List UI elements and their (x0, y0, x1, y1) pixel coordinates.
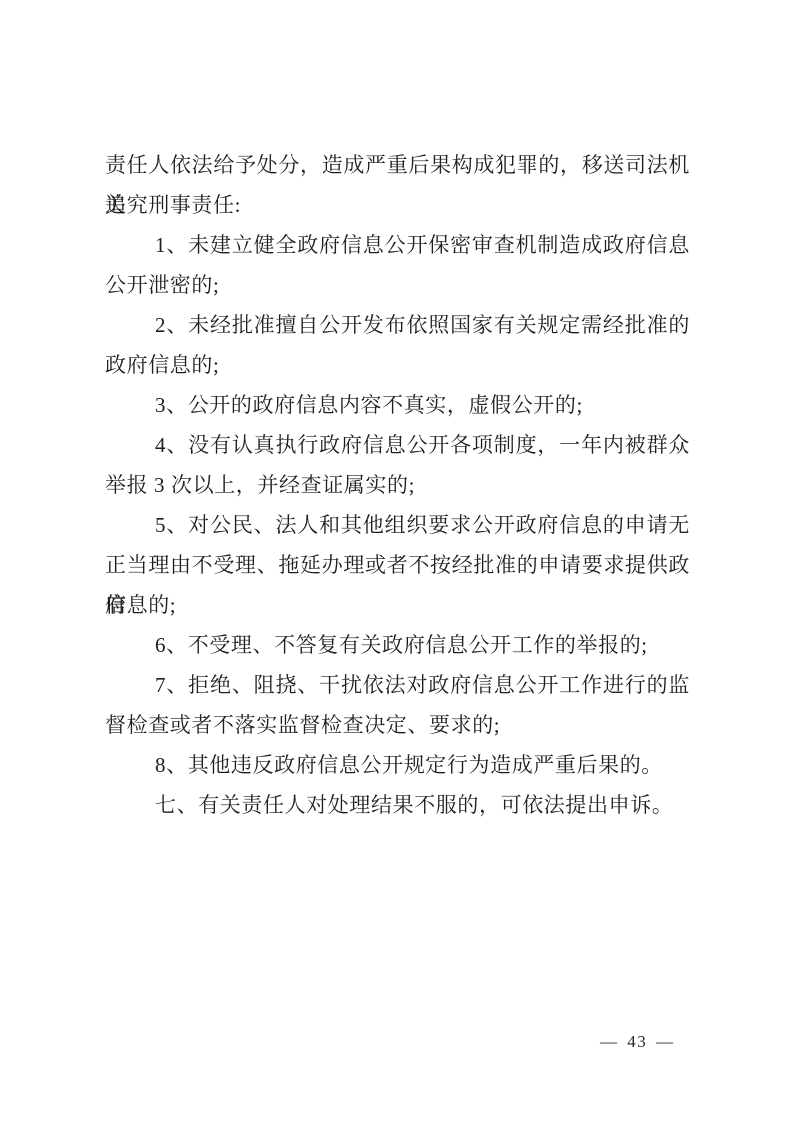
paragraph: 七、有关责任人对处理结果不服的，可依法提出申诉。 (105, 785, 690, 825)
text-line: 1、未建立健全政府信息公开保密审查机制造成政府信息 (105, 225, 690, 265)
page-number: — 43 — (600, 1031, 675, 1053)
text-line: 追究刑事责任: (105, 185, 690, 225)
paragraph: 8、其他违反政府信息公开规定行为造成严重后果的。 (105, 745, 690, 785)
paragraph: 3、公开的政府信息内容不真实，虚假公开的; (105, 385, 690, 425)
text-line: 6、不受理、不答复有关政府信息公开工作的举报的; (105, 625, 690, 665)
paragraph: 6、不受理、不答复有关政府信息公开工作的举报的; (105, 625, 690, 665)
paragraph: 7、拒绝、阻挠、干扰依法对政府信息公开工作进行的监督检查或者不落实监督检查决定、… (105, 665, 690, 745)
document-body: 责任人依法给予处分，造成严重后果构成犯罪的，移送司法机关追究刑事责任:1、未建立… (105, 145, 690, 825)
text-line: 5、对公民、法人和其他组织要求公开政府信息的申请无 (105, 505, 690, 545)
text-line: 3、公开的政府信息内容不真实，虚假公开的; (105, 385, 690, 425)
document-page: 责任人依法给予处分，造成严重后果构成犯罪的，移送司法机关追究刑事责任:1、未建立… (0, 0, 794, 1123)
text-line: 2、未经批准擅自公开发布依照国家有关规定需经批准的 (105, 305, 690, 345)
text-line: 公开泄密的; (105, 265, 690, 305)
text-line: 七、有关责任人对处理结果不服的，可依法提出申诉。 (105, 785, 690, 825)
text-line: 政府信息的; (105, 345, 690, 385)
text-line: 督检查或者不落实监督检查决定、要求的; (105, 705, 690, 745)
text-line: 7、拒绝、阻挠、干扰依法对政府信息公开工作进行的监 (105, 665, 690, 705)
paragraph: 1、未建立健全政府信息公开保密审查机制造成政府信息公开泄密的; (105, 225, 690, 305)
text-line: 举报 3 次以上，并经查证属实的; (105, 465, 690, 505)
text-line: 责任人依法给予处分，造成严重后果构成犯罪的，移送司法机关 (105, 145, 690, 185)
paragraph: 4、没有认真执行政府信息公开各项制度，一年内被群众举报 3 次以上，并经查证属实… (105, 425, 690, 505)
paragraph: 2、未经批准擅自公开发布依照国家有关规定需经批准的政府信息的; (105, 305, 690, 385)
paragraph: 5、对公民、法人和其他组织要求公开政府信息的申请无正当理由不受理、拖延办理或者不… (105, 505, 690, 625)
text-line: 正当理由不受理、拖延办理或者不按经批准的申请要求提供政府 (105, 545, 690, 585)
text-line: 信息的; (105, 585, 690, 625)
text-line: 4、没有认真执行政府信息公开各项制度，一年内被群众 (105, 425, 690, 465)
text-line: 8、其他违反政府信息公开规定行为造成严重后果的。 (105, 745, 690, 785)
paragraph: 责任人依法给予处分，造成严重后果构成犯罪的，移送司法机关追究刑事责任: (105, 145, 690, 225)
